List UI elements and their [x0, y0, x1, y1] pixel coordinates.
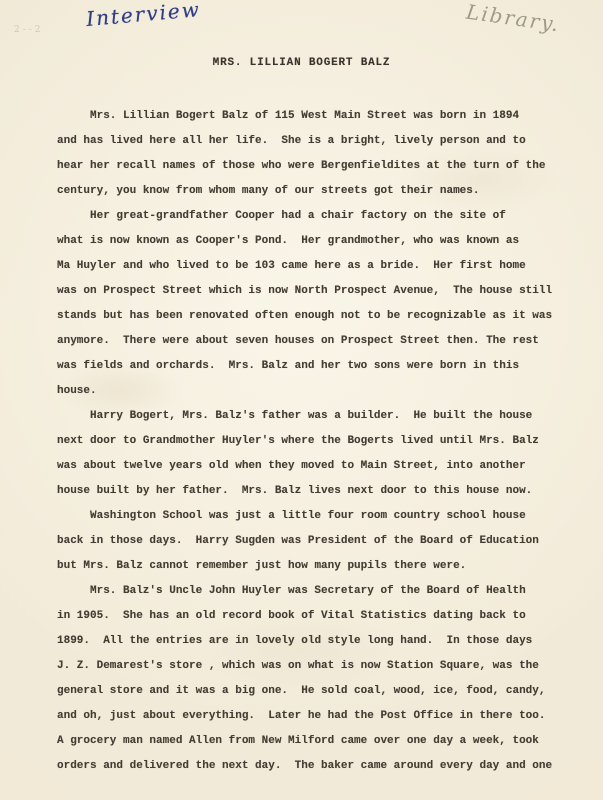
- text-line: Her great-grandfather Cooper had a chair…: [57, 204, 569, 229]
- text-line: next door to Grandmother Huyler's where …: [57, 429, 569, 454]
- text-line: Harry Bogert, Mrs. Balz's father was a b…: [57, 404, 569, 429]
- document-body: Mrs. Lillian Bogert Balz of 115 West Mai…: [57, 104, 569, 779]
- handwritten-interview-annotation: Interview: [85, 0, 202, 31]
- scanned-typewritten-page: Interview 2--2 Library. MRS. LILLIAN BOG…: [0, 0, 603, 800]
- text-line: but Mrs. Balz cannot remember just how m…: [57, 554, 569, 579]
- text-line: century, you know from whom many of our …: [57, 179, 569, 204]
- text-line: general store and it was a big one. He s…: [57, 679, 569, 704]
- text-line: was fields and orchards. Mrs. Balz and h…: [57, 354, 569, 379]
- text-line: stands but has been renovated often enou…: [57, 304, 569, 329]
- text-line: hear her recall names of those who were …: [57, 154, 569, 179]
- text-line: and has lived here all her life. She is …: [57, 129, 569, 154]
- handwritten-library-annotation: Library.: [465, 0, 562, 36]
- text-line: and oh, just about everything. Later he …: [57, 704, 569, 729]
- text-line: what is now known as Cooper's Pond. Her …: [57, 229, 569, 254]
- faint-pencil-mark: 2--2: [14, 25, 44, 35]
- text-line: Washington School was just a little four…: [57, 504, 569, 529]
- text-line: J. Z. Demarest's store , which was on wh…: [57, 654, 569, 679]
- text-line: A grocery man named Allen from New Milfo…: [57, 729, 569, 754]
- page-title: MRS. LILLIAN BOGERT BALZ: [0, 57, 603, 69]
- text-line: was about twelve years old when they mov…: [57, 454, 569, 479]
- text-line: house.: [57, 379, 569, 404]
- text-line: in 1905. She has an old record book of V…: [57, 604, 569, 629]
- text-line: was on Prospect Street which is now Nort…: [57, 279, 569, 304]
- text-line: back in those days. Harry Sugden was Pre…: [57, 529, 569, 554]
- text-line: 1899. All the entries are in lovely old …: [57, 629, 569, 654]
- text-line: Ma Huyler and who lived to be 103 came h…: [57, 254, 569, 279]
- text-line: Mrs. Lillian Bogert Balz of 115 West Mai…: [57, 104, 569, 129]
- text-line: anymore. There were about seven houses o…: [57, 329, 569, 354]
- text-line: Mrs. Balz's Uncle John Huyler was Secret…: [57, 579, 569, 604]
- text-line: orders and delivered the next day. The b…: [57, 754, 569, 779]
- text-line: house built by her father. Mrs. Balz liv…: [57, 479, 569, 504]
